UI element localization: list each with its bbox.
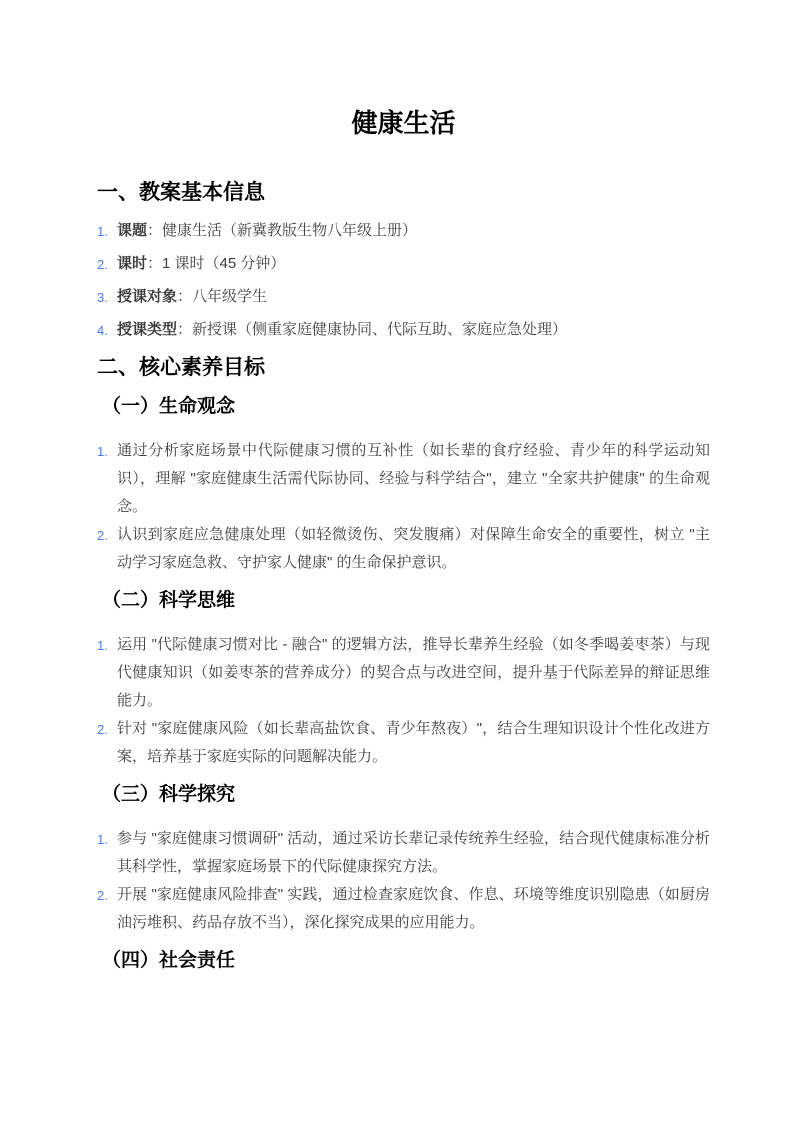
info-item-lesson-type: 授课类型：新授课（侧重家庭健康协同、代际互助、家庭应急处理） bbox=[117, 315, 710, 344]
info-item-topic: 课题：健康生活（新冀教版生物八年级上册） bbox=[117, 216, 710, 245]
section-heading-core-literacy-goals: 二、核心素养目标 bbox=[97, 353, 710, 383]
info-value-lesson-type: ：新授课（侧重家庭健康协同、代际互助、家庭应急处理） bbox=[177, 321, 567, 338]
basic-info-list: 课题：健康生活（新冀教版生物八年级上册） 课时：1 课时（45 分钟） 授课对象… bbox=[97, 216, 710, 344]
info-value-audience: ：八年级学生 bbox=[177, 288, 267, 305]
document-title: 健康生活 bbox=[97, 106, 710, 140]
list-item: 通过分析家庭场景中代际健康习惯的互补性（如长辈的食疗经验、青少年的科学运动知识）… bbox=[117, 437, 710, 521]
info-item-duration: 课时：1 课时（45 分钟） bbox=[117, 249, 710, 278]
info-item-audience: 授课对象：八年级学生 bbox=[117, 282, 710, 311]
subsection-heading-social-responsibility: （四）社会责任 bbox=[97, 947, 710, 975]
life-concept-list: 通过分析家庭场景中代际健康习惯的互补性（如长辈的食疗经验、青少年的科学运动知识）… bbox=[97, 437, 710, 577]
list-item: 针对 "家庭健康风险（如长辈高盐饮食、青少年熬夜）"，结合生理知识设计个性化改进… bbox=[117, 715, 710, 771]
subsection-heading-life-concept: （一）生命观念 bbox=[97, 393, 710, 421]
list-item: 参与 "家庭健康习惯调研" 活动，通过采访长辈记录传统养生经验，结合现代健康标准… bbox=[117, 825, 710, 881]
section-heading-basic-info: 一、教案基本信息 bbox=[97, 178, 710, 208]
info-label-duration: 课时 bbox=[117, 255, 147, 272]
subsection-heading-scientific-inquiry: （三）科学探究 bbox=[97, 781, 710, 809]
info-value-duration: ：1 课时（45 分钟） bbox=[147, 255, 285, 272]
scientific-inquiry-list: 参与 "家庭健康习惯调研" 活动，通过采访长辈记录传统养生经验，结合现代健康标准… bbox=[97, 825, 710, 937]
info-value-topic: ：健康生活（新冀教版生物八年级上册） bbox=[147, 222, 417, 239]
info-label-audience: 授课对象 bbox=[117, 288, 177, 305]
list-item: 运用 "代际健康习惯对比 - 融合" 的逻辑方法，推导长辈养生经验（如冬季喝姜枣… bbox=[117, 631, 710, 715]
subsection-heading-scientific-thinking: （二）科学思维 bbox=[97, 587, 710, 615]
document-page: 健康生活 一、教案基本信息 课题：健康生活（新冀教版生物八年级上册） 课时：1 … bbox=[0, 0, 794, 1123]
list-item: 开展 "家庭健康风险排查" 实践，通过检查家庭饮食、作息、环境等维度识别隐患（如… bbox=[117, 881, 710, 937]
list-item: 认识到家庭应急健康处理（如轻微烫伤、突发腹痛）对保障生命安全的重要性，树立 "主… bbox=[117, 521, 710, 577]
info-label-topic: 课题 bbox=[117, 222, 147, 239]
scientific-thinking-list: 运用 "代际健康习惯对比 - 融合" 的逻辑方法，推导长辈养生经验（如冬季喝姜枣… bbox=[97, 631, 710, 771]
info-label-lesson-type: 授课类型 bbox=[117, 321, 177, 338]
